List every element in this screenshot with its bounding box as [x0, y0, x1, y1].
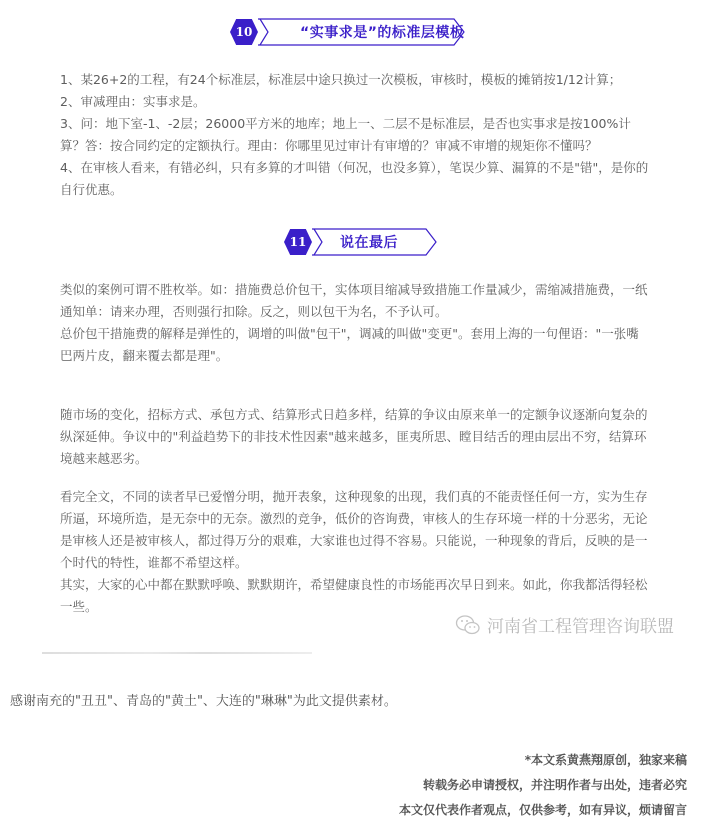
paragraph: 3、问：地下室-1、-2层；26000平方米的地库；地上一、二层不是标准层，是否… [60, 113, 650, 157]
section-title-box: 说在最后 [310, 228, 438, 256]
section-heading-11: 11 说在最后 [284, 227, 438, 257]
section-11-block-1: 类似的案例可谓不胜枚举。如：措施费总价包干，实体项目缩减导致措施工作量减少，需缩… [60, 279, 650, 367]
paragraph: 随市场的变化，招标方式、承包方式、结算形式日趋多样，结算的争议由原来单一的定额争… [60, 404, 650, 470]
watermark: 河南省工程管理咨询联盟 [455, 612, 674, 637]
paragraph: 1、某26+2的工程，有24个标准层，标准层中途只换过一次模板，审核时，模板的摊… [60, 69, 650, 91]
footer-line: *本文系黄燕翔原创，独家来稿 [399, 748, 687, 773]
paragraph: 4、在审核人看来，有错必纠，只有多算的才叫错（何况，也没多算），笔误少算、漏算的… [60, 157, 650, 201]
section-10-body: 1、某26+2的工程，有24个标准层，标准层中途只换过一次模板，审核时，模板的摊… [60, 69, 650, 201]
section-11-block-3: 看完全文，不同的读者早已爱憎分明，抛开表象，这种现象的出现，我们真的不能责怪任何… [60, 486, 650, 618]
paragraph: 2、审减理由：实事求是。 [60, 91, 650, 113]
paragraph: 看完全文，不同的读者早已爱憎分明，抛开表象，这种现象的出现，我们真的不能责怪任何… [60, 486, 650, 574]
section-number-badge: 10 [230, 19, 258, 45]
faded-line [42, 652, 312, 654]
section-11-block-2: 随市场的变化，招标方式、承包方式、结算形式日趋多样，结算的争议由原来单一的定额争… [60, 404, 650, 470]
wechat-icon [455, 614, 481, 636]
watermark-text: 河南省工程管理咨询联盟 [487, 612, 674, 637]
acknowledgement: 感谢南充的"丑丑"、青岛的"黄土"、大连的"琳琳"为此文提供素材。 [10, 690, 397, 709]
paragraph: 类似的案例可谓不胜枚举。如：措施费总价包干，实体项目缩减导致措施工作量减少，需缩… [60, 279, 650, 323]
section-number-badge: 11 [284, 229, 312, 255]
section-heading-10: 10 “实事求是”的标准层模板 [230, 17, 466, 47]
section-title: “实事求是”的标准层模板 [300, 22, 464, 42]
footer-notice: *本文系黄燕翔原创，独家来稿 转载务必申请授权，并注明作者与出处，违者必究 本文… [399, 748, 687, 820]
footer-line: 本文仅代表作者观点，仅供参考，如有异议，烦请留言 [399, 798, 687, 820]
section-title: 说在最后 [340, 232, 398, 252]
paragraph: 总价包干措施费的解释是弹性的，调增的叫做"包干"，调减的叫做"变更"。套用上海的… [60, 323, 650, 367]
section-title-box: “实事求是”的标准层模板 [256, 18, 466, 46]
footer-line: 转载务必申请授权，并注明作者与出处，违者必究 [399, 773, 687, 798]
